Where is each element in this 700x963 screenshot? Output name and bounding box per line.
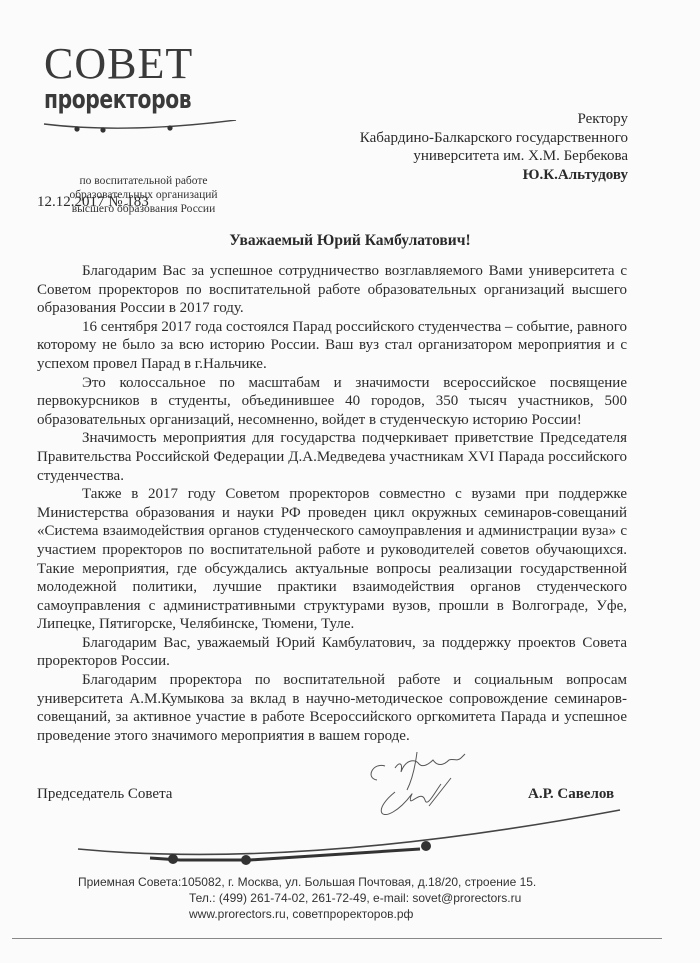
paragraph: Это колоссальное по масштабам и значимос…	[37, 374, 627, 430]
reference-number: 12.12.2017 № 183	[37, 194, 149, 211]
logo-caption-line: по воспитательной работе	[36, 174, 251, 188]
addressee-line: университета им. Х.М. Бербекова	[360, 147, 628, 166]
footer-divider	[12, 938, 662, 939]
paragraph: Также в 2017 году Советом проректоров со…	[37, 485, 627, 634]
paragraph: Благодарим проректора по воспитательной …	[37, 671, 627, 745]
addressee-name: Ю.К.Альтудову	[360, 166, 628, 185]
logo-title: СОВЕТ	[44, 42, 226, 86]
addressee-line: Кабардино-Балкарского государственного	[360, 129, 628, 148]
addressee-line: Ректору	[360, 110, 628, 129]
footer-phones: Тел.: (499) 261-74-02, 261-72-49, e-mail…	[78, 890, 536, 906]
footer-address: Приемная Совета:105082, г. Москва, ул. Б…	[78, 874, 536, 890]
salutation: Уважаемый Юрий Камбулатович!	[0, 232, 700, 250]
footer-contacts: Приемная Совета:105082, г. Москва, ул. Б…	[78, 874, 536, 922]
paragraph: Благодарим Вас за успешное сотрудничеств…	[37, 262, 627, 318]
logo-curve-dots-icon	[36, 120, 251, 140]
paragraph: Благодарим Вас, уважаемый Юрий Камбулато…	[37, 634, 627, 671]
addressee-block: Ректору Кабардино-Балкарского государств…	[360, 110, 628, 184]
paragraph: 16 сентября 2017 года состоялся Парад ро…	[37, 318, 627, 374]
letter-body: Благодарим Вас за успешное сотрудничеств…	[37, 262, 627, 745]
footer-curve-dots-icon	[0, 800, 700, 870]
logo-subtitle: проректоров	[44, 86, 186, 114]
footer-websites: www.prorectors.ru, советпроректоров.рф	[78, 906, 536, 922]
paragraph: Значимость мероприятия для государства п…	[37, 429, 627, 485]
letterhead-logo: СОВЕТ проректоров по воспитательной рабо…	[36, 42, 226, 114]
